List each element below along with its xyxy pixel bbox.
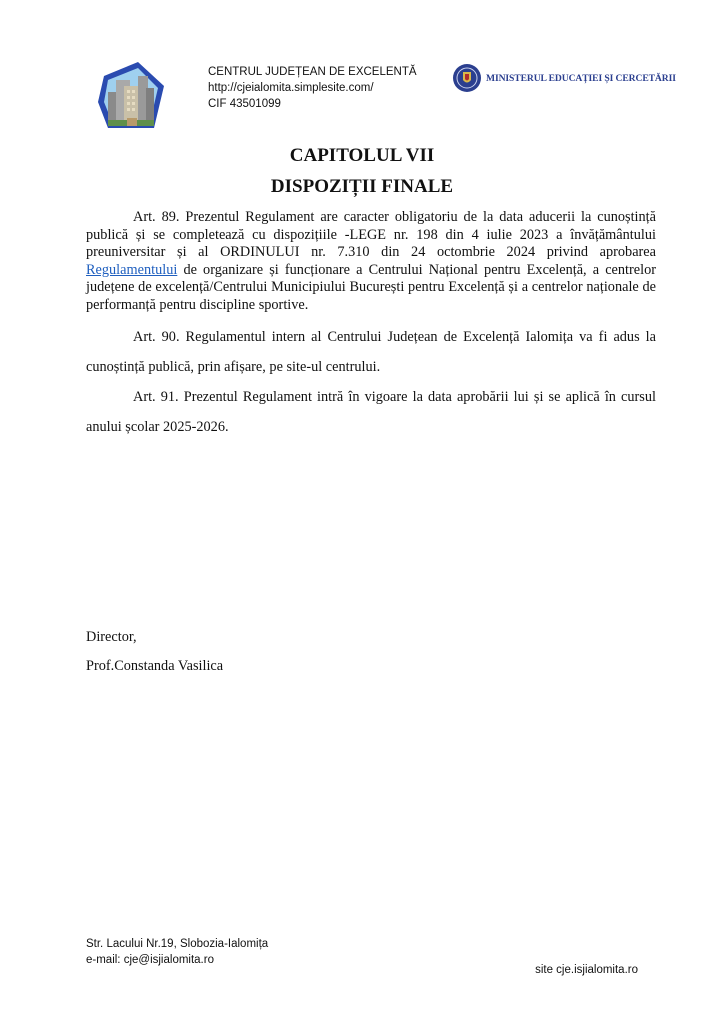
signature-name: Prof.Constanda Vasilica <box>86 658 223 675</box>
footer-site: site cje.isjialomita.ro <box>535 964 638 976</box>
footer-address: Str. Lacului Nr.19, Slobozia-Ialomița <box>86 936 268 952</box>
article-91: Art. 91. Prezentul Regulament intră în v… <box>86 382 656 442</box>
ministry-header: MINISTERUL EDUCAȚIEI ȘI CERCETĂRII <box>452 63 676 93</box>
organization-header: CENTRUL JUDEȚEAN DE EXCELENTĂ http://cje… <box>208 64 417 112</box>
ministry-name: MINISTERUL EDUCAȚIEI ȘI CERCETĂRII <box>486 73 676 84</box>
footer-email: e-mail: cje@isjialomita.ro <box>86 952 268 968</box>
regulament-link[interactable]: Regulamentului <box>86 262 177 278</box>
chapter-title: CAPITOLUL VII <box>0 145 724 167</box>
article-89: Art. 89. Prezentul Regulament are caract… <box>86 209 656 315</box>
signature-role: Director, <box>86 629 137 646</box>
article-90: Art. 90. Regulamentul intern al Centrulu… <box>86 322 656 382</box>
footer-contact: Str. Lacului Nr.19, Slobozia-Ialomița e-… <box>86 936 268 968</box>
document-page: CENTRUL JUDEȚEAN DE EXCELENTĂ http://cje… <box>0 0 724 1024</box>
article-89-text-start: Art. 89. Prezentul Regulament are caract… <box>86 209 656 260</box>
organization-name: CENTRUL JUDEȚEAN DE EXCELENTĂ <box>208 64 417 80</box>
romanian-coat-of-arms-icon <box>452 63 482 93</box>
organization-cif: CIF 43501099 <box>208 96 417 112</box>
building-logo-icon <box>94 58 168 132</box>
chapter-subtitle: DISPOZIȚII FINALE <box>0 176 724 198</box>
organization-website: http://cjeialomita.simplesite.com/ <box>208 80 417 96</box>
